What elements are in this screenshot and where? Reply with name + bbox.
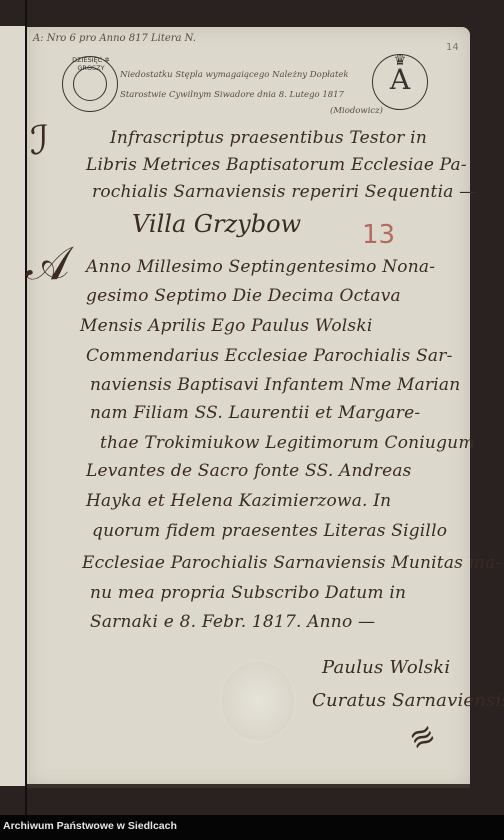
record-line-9: Hayka et Helena Kazimierzowa. In	[86, 491, 391, 511]
record-line-11: Ecclesiae Parochialis Sarnaviensis Munit…	[82, 553, 501, 573]
stamp-note-line-3: (Miodowicz)	[330, 106, 383, 116]
footer-bar: Archiwum Państwowe w Siedlcach	[0, 815, 504, 840]
record-line-1: Anno Millesimo Septingentesimo Nona-	[86, 257, 435, 277]
signature-name: Paulus Wolski	[322, 657, 450, 678]
record-line-3: Mensis Aprilis Ego Paulus Wolski	[80, 316, 373, 336]
stamp-note-line-2: Starostwie Cywilnym Siwadore dnia 8. Lut…	[120, 90, 344, 100]
record-line-10: quorum fidem praesentes Literas Sigillo	[92, 521, 447, 541]
embossed-seal	[220, 660, 296, 742]
record-line-13: Sarnaki e 8. Febr. 1817. Anno —	[90, 612, 375, 632]
intro-line-2: Libris Metrices Baptisatorum Ecclesiae P…	[86, 155, 467, 175]
tax-stamp-inner-ring	[73, 67, 107, 101]
record-line-4: Commendarius Ecclesiae Parochialis Sar-	[86, 346, 453, 366]
red-ink-number: 13	[362, 220, 395, 250]
village-title: Villa Grzybow	[132, 210, 301, 238]
monogram-letter: A	[373, 63, 427, 96]
intro-line-3: rochialis Sarnaviensis reperiri Sequenti…	[92, 182, 476, 202]
record-line-2: gesimo Septimo Die Decima Octava	[86, 286, 401, 306]
initial-flourish-icon: ℐ	[30, 118, 49, 164]
monogram-stamp: ♛ A	[372, 54, 428, 110]
tax-stamp: DZIESIĘC ✲ GROSZY	[62, 56, 118, 112]
record-line-6: nam Filiam SS. Laurentii et Margare-	[90, 403, 420, 423]
intro-line-1: Infrascriptus praesentibus Testor in	[110, 128, 427, 148]
tax-stamp-text: DZIESIĘC ✲ GROSZY	[65, 56, 117, 72]
record-line-5: naviensis Baptisavi Infantem Nme Marian	[90, 375, 460, 395]
capital-flourish-icon: 𝒜	[26, 236, 70, 292]
page-bottom-shadow	[27, 784, 470, 788]
header-note: A: Nro 6 pro Anno 817 Litera N.	[33, 33, 196, 44]
archive-name: Archiwum Państwowe w Siedlcach	[3, 820, 177, 832]
pencil-page-number: 14	[446, 42, 459, 53]
previous-page-edge	[0, 26, 26, 786]
record-line-8: Levantes de Sacro fonte SS. Andreas	[86, 461, 412, 481]
stamp-note-line-1: Niedostatku Stępla wymagaiącego Należny …	[120, 70, 349, 80]
record-line-12: nu mea propria Subscribo Datum in	[90, 583, 406, 603]
signature-title: Curatus Sarnaviensis	[312, 690, 504, 711]
record-line-7: thae Trokimiukow Legitimorum Coniugum	[100, 433, 475, 453]
